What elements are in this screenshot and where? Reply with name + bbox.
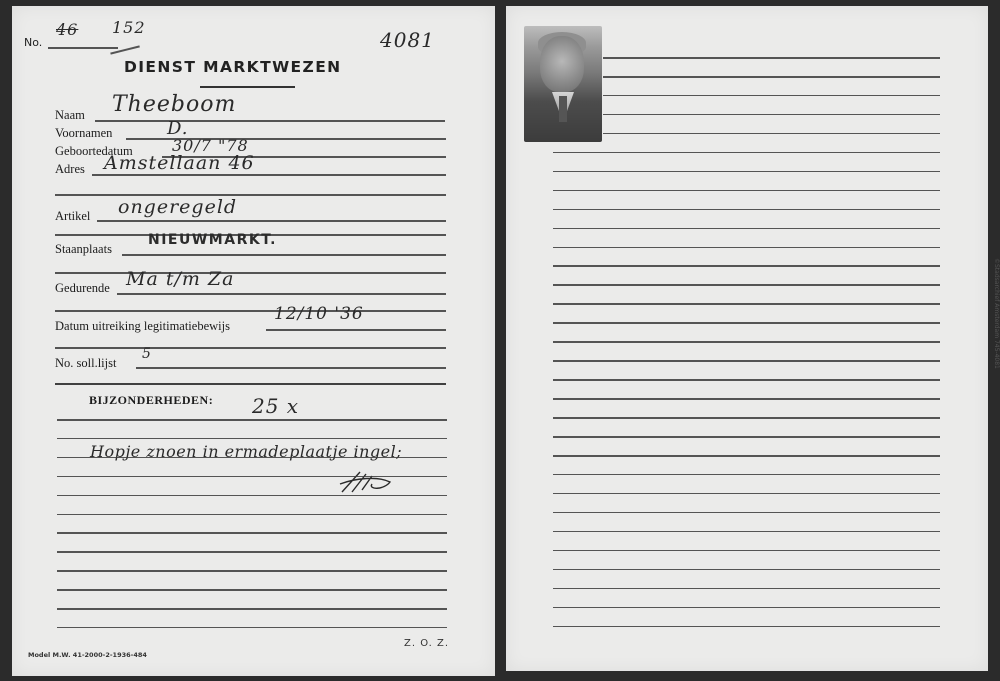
soll-lijst-value: 5 — [142, 346, 152, 362]
gedurende-line — [117, 293, 446, 295]
ruled-line — [603, 133, 940, 135]
number-label: No. — [24, 36, 42, 49]
ruled-line — [553, 531, 940, 533]
title-underline — [200, 86, 295, 88]
card-title: DIENST MARKTWEZEN — [124, 58, 342, 76]
number-struck-value: 46 — [56, 20, 78, 39]
ruled-line — [553, 398, 940, 400]
naam-value: Theeboom — [112, 92, 236, 117]
ruled-line — [553, 322, 940, 324]
naam-line — [95, 120, 445, 122]
ruled-line — [553, 190, 940, 192]
soll-lijst-label: No. soll.lijst — [55, 356, 116, 371]
ruled-line — [553, 550, 940, 552]
gedurende-label: Gedurende — [55, 281, 110, 296]
ruled-line — [553, 228, 940, 230]
ruled-line — [57, 419, 447, 421]
artikel-label: Artikel — [55, 209, 90, 224]
ruled-line — [57, 608, 447, 610]
datum-uitreiking-label: Datum uitreiking legitimatiebewijs — [55, 319, 230, 334]
ruled-line — [553, 284, 940, 286]
ruled-line — [57, 627, 447, 629]
gedurende-value: Ma t/m Za — [126, 268, 234, 290]
copyright-text: ©Stadsarchief Amsterdam 745-4081 — [993, 258, 1000, 369]
blank-line-5 — [55, 347, 446, 349]
portrait-photo — [524, 26, 602, 142]
ruled-line — [57, 457, 447, 459]
section-divider — [55, 383, 446, 385]
adres-value: Amstellaan 46 — [104, 152, 255, 174]
photo-face — [540, 36, 584, 92]
number-value: 152 — [112, 18, 146, 37]
ruled-line — [553, 360, 940, 362]
count-note: 25 x — [252, 394, 299, 418]
ruled-line — [553, 626, 940, 628]
ruled-line — [603, 76, 940, 78]
voornamen-label: Voornamen — [55, 126, 112, 141]
ruled-line — [553, 152, 940, 154]
blank-line-4 — [55, 310, 446, 312]
datum-uitreiking-value: 12/10 '36 — [274, 304, 364, 324]
naam-label: Naam — [55, 108, 85, 123]
blank-line-3 — [55, 272, 446, 274]
ruled-line — [553, 569, 940, 571]
ruled-line — [553, 303, 940, 305]
artikel-value: ongeregeld — [118, 196, 237, 218]
staanplaats-value: NIEUWMARKT. — [148, 232, 277, 248]
footer-zoz: Z. O. Z. — [404, 638, 449, 649]
blank-line-1 — [55, 194, 446, 196]
ruled-line — [553, 493, 940, 495]
ruled-line — [553, 341, 940, 343]
ruled-line — [57, 551, 447, 553]
staanplaats-line — [122, 254, 446, 256]
ruled-line — [603, 57, 940, 59]
copyright-notice: ©Stadsarchief Amsterdam 745-4081 — [992, 258, 1000, 418]
ruled-line — [553, 607, 940, 609]
ruled-line — [603, 95, 940, 97]
ruled-line — [553, 588, 940, 590]
number-line — [48, 47, 118, 49]
soll-lijst-line — [136, 367, 446, 369]
archive-number: 4081 — [380, 28, 435, 52]
ruled-line — [553, 417, 940, 419]
bijzonderheden-label: BIJZONDERHEDEN: — [89, 393, 213, 408]
footer-model: Model M.W. 41-2000-2-1936-484 — [28, 651, 147, 659]
ruled-line — [553, 265, 940, 267]
ruled-line — [57, 495, 447, 497]
ruled-line — [553, 474, 940, 476]
staanplaats-label: Staanplaats — [55, 242, 112, 257]
ruled-line — [57, 514, 447, 516]
ruled-line — [57, 532, 447, 534]
ruled-line — [553, 436, 940, 438]
photo-tie — [559, 96, 567, 122]
ruled-line — [553, 209, 940, 211]
ruled-line — [603, 114, 940, 116]
registration-card-back — [506, 6, 988, 671]
ruled-line — [553, 247, 940, 249]
adres-line — [92, 174, 446, 176]
ruled-line — [57, 476, 447, 478]
ruled-line — [553, 512, 940, 514]
ruled-line — [553, 455, 940, 457]
artikel-line — [97, 220, 446, 222]
ruled-line — [57, 589, 447, 591]
ruled-line — [57, 570, 447, 572]
ruled-line — [57, 438, 447, 440]
registration-card-front: No. 46 152 4081 DIENST MARKTWEZEN Naam T… — [12, 6, 495, 676]
initials-signature-icon — [338, 468, 394, 498]
ruled-line — [553, 379, 940, 381]
adres-label: Adres — [55, 162, 85, 177]
ruled-line — [553, 171, 940, 173]
datum-uitreiking-line — [266, 329, 446, 331]
